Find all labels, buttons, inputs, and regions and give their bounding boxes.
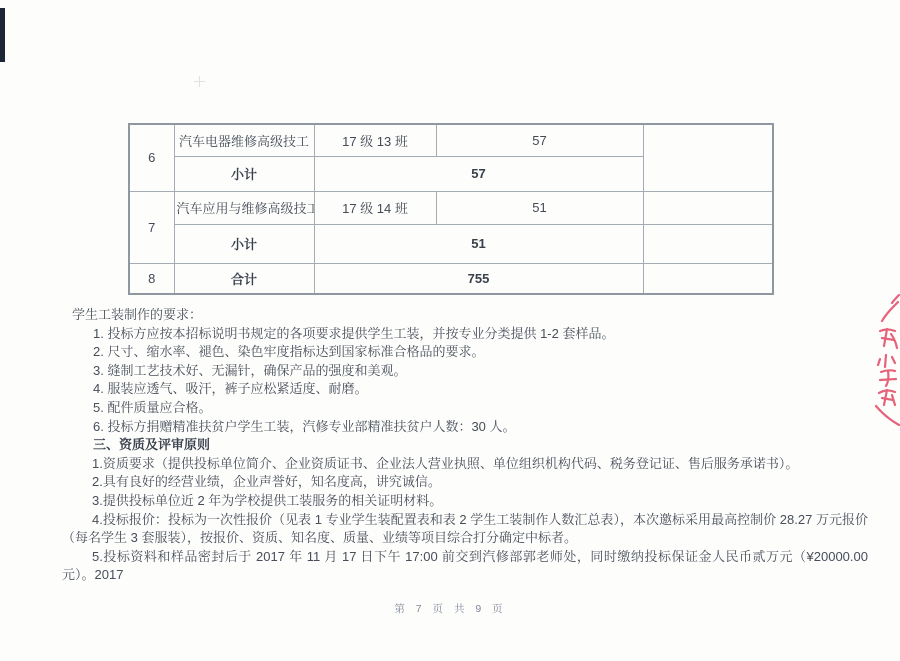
section-item: 2.具有良好的经营业绩，企业声誉好，知名度高，讲究诚信。 — [62, 473, 868, 492]
cell-major-name: 汽车应用与维修高级技工 — [174, 191, 314, 224]
student-uniform-count-table: 6 汽车电器维修高级技工 17 级 13 班 57 小计 57 7 汽车应用与维… — [128, 123, 774, 295]
cell-class-name: 17 级 13 班 — [314, 124, 436, 156]
table-row: 6 汽车电器维修高级技工 17 级 13 班 57 — [129, 124, 773, 156]
cell-total-value: 755 — [314, 263, 643, 294]
cell-remark-empty — [643, 191, 773, 224]
table-row-total: 8 合计 755 — [129, 263, 773, 294]
section-item: 1.资质要求（提供投标单位简介、企业资质证书、企业法人营业执照、单位组织机构代码… — [62, 455, 868, 474]
cell-subtotal-label: 小计 — [174, 224, 314, 263]
requirement-item: 5. 配件质量应合格。 — [62, 399, 868, 418]
cell-remark-empty — [643, 224, 773, 263]
cell-subtotal-value: 57 — [314, 156, 643, 191]
cell-row-number: 6 — [129, 124, 174, 191]
cell-remark-empty — [643, 124, 773, 191]
body-text: 学生工装制作的要求： 1. 投标方应按本招标说明书规定的各项要求提供学生工装，并… — [62, 306, 868, 585]
scan-artifact-bar — [0, 8, 5, 62]
table-row-subtotal: 小计 51 — [129, 224, 773, 263]
section-heading: 三、资质及评审原则 — [62, 436, 868, 455]
cell-subtotal-label: 小计 — [174, 156, 314, 191]
requirement-item: 4. 服装应透气、吸汗，裤子应松紧适度、耐磨。 — [62, 380, 868, 399]
cell-student-count: 51 — [436, 191, 643, 224]
red-stamp-mark — [870, 293, 900, 433]
requirement-item: 3. 缝制工艺技术好、无漏针，确保产品的强度和美观。 — [62, 362, 868, 381]
section-item: 3.提供投标单位近 2 年为学校提供工装服务的相关证明材料。 — [62, 492, 868, 511]
page-footer: 第 7 页 共 9 页 — [0, 601, 900, 616]
cell-row-number: 7 — [129, 191, 174, 263]
requirement-item: 2. 尺寸、缩水率、褪色、染色牢度指标达到国家标准合格品的要求。 — [62, 343, 868, 362]
cell-total-label: 合计 — [174, 263, 314, 294]
section-item: 5.投标资料和样品密封后于 2017 年 11 月 17 日下午 17:00 前… — [62, 548, 868, 585]
registration-cross-mark — [194, 76, 205, 87]
cell-subtotal-value: 51 — [314, 224, 643, 263]
cell-remark-empty — [643, 263, 773, 294]
section-item: 4.投标报价：投标为一次性报价（见表 1 专业学生装配置表和表 2 学生工装制作… — [62, 511, 868, 548]
table-row: 7 汽车应用与维修高级技工 17 级 14 班 51 — [129, 191, 773, 224]
requirement-item: 1. 投标方应按本招标说明书规定的各项要求提供学生工装，并按专业分类提供 1-2… — [62, 325, 868, 344]
cell-student-count: 57 — [436, 124, 643, 156]
requirements-title: 学生工装制作的要求： — [62, 306, 868, 325]
uniform-table: 6 汽车电器维修高级技工 17 级 13 班 57 小计 57 7 汽车应用与维… — [128, 123, 774, 295]
cell-class-name: 17 级 14 班 — [314, 191, 436, 224]
document-page: { "colors":{ "stamp_red":"#e4576f", "tab… — [0, 0, 900, 661]
cell-major-name: 汽车电器维修高级技工 — [174, 124, 314, 156]
requirement-item: 6. 投标方捐赠精准扶贫户学生工装，汽修专业部精准扶贫户人数：30 人。 — [62, 418, 868, 437]
cell-row-number: 8 — [129, 263, 174, 294]
